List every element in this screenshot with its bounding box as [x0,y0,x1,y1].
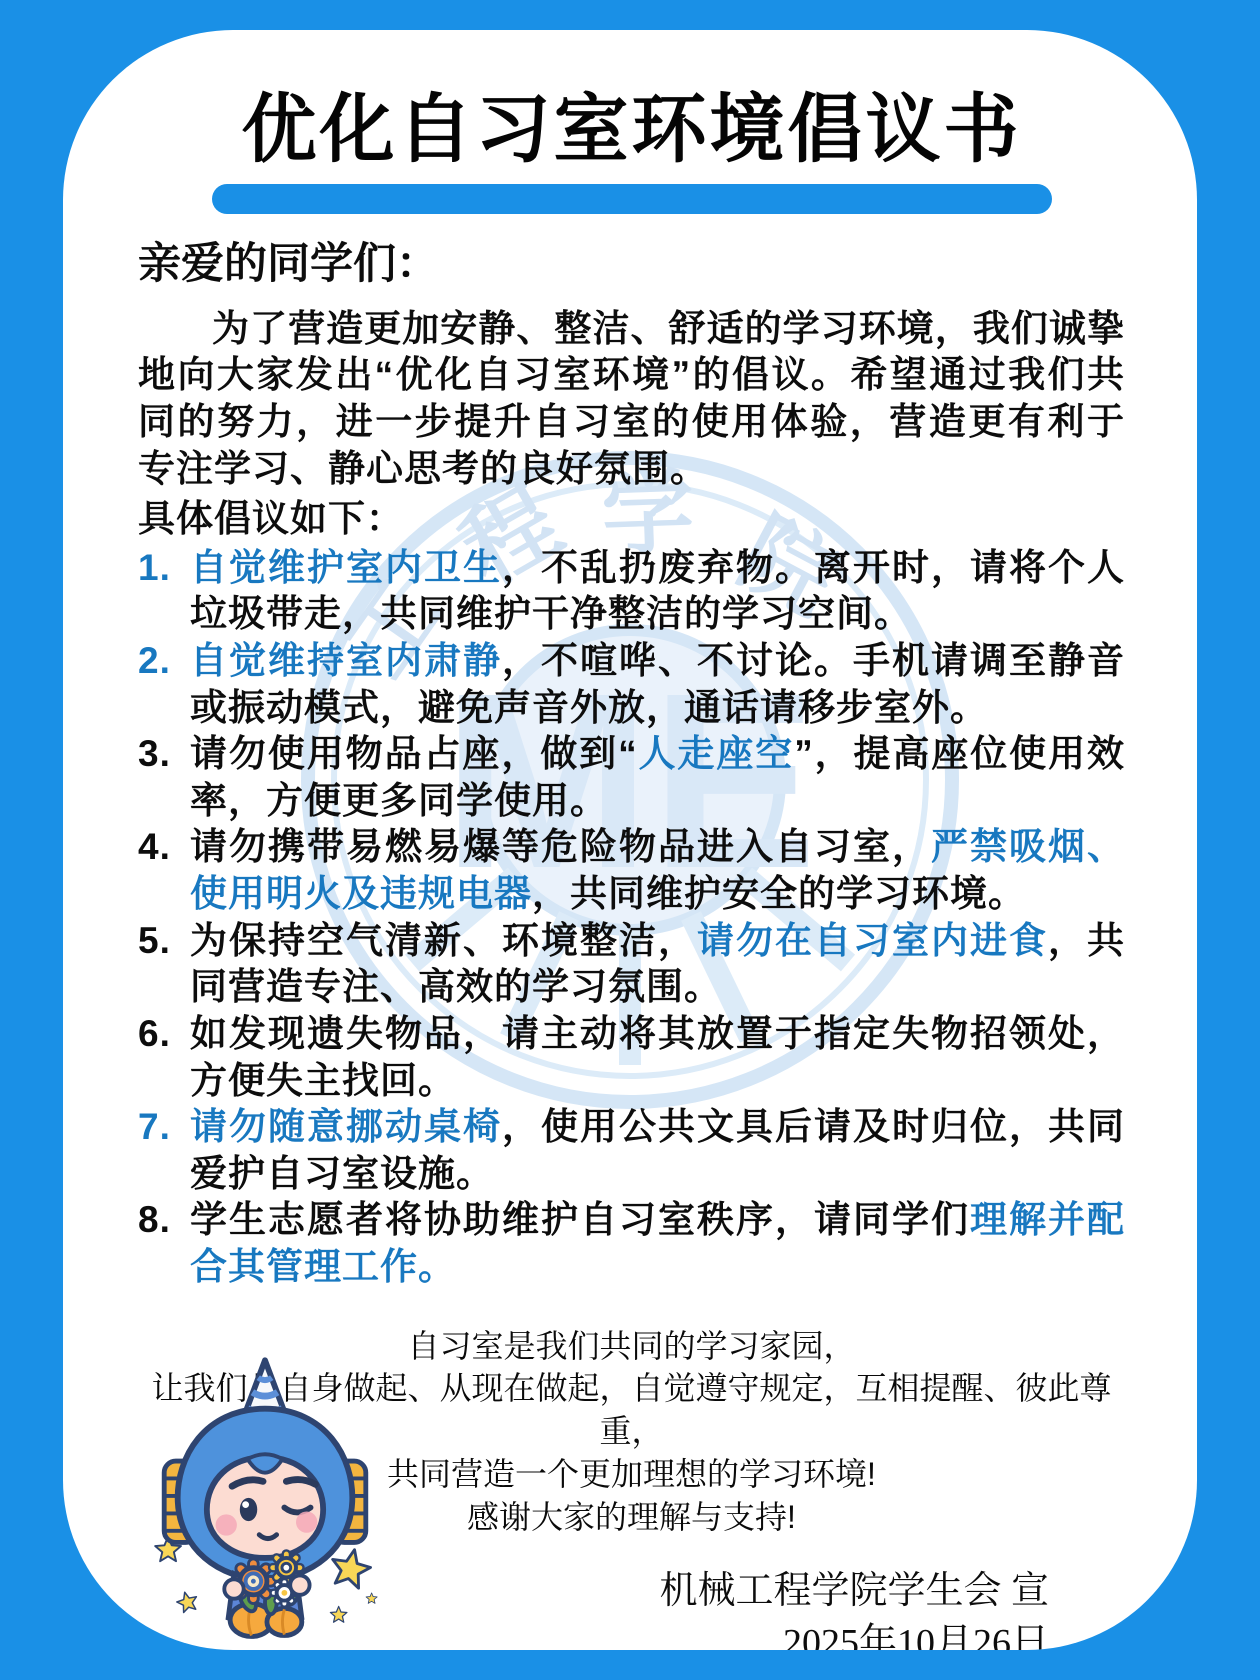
proposal-item: 2.自觉维持室内肃静，不喧哗、不讨论。手机请调至静音或振动模式，避免声音外放，通… [138,638,1125,731]
item-number: 2. [138,638,171,685]
item-number: 6. [138,1011,171,1058]
proposal-item: 7.请勿随意挪动桌椅，使用公共文具后请及时归位，共同爱护自习室设施。 [138,1104,1125,1197]
mascot-icon [139,1344,391,1644]
item-number: 8. [138,1197,171,1244]
list-heading: 具体倡议如下： [138,496,1125,543]
proposal-poster: 工 程 学 院 ME 优化自习室环境倡议书 亲爱的同学们： 为了营造更加安静、整… [0,0,1260,1680]
poster-card: 工 程 学 院 ME 优化自习室环境倡议书 亲爱的同学们： 为了营造更加安静、整… [63,30,1197,1650]
proposal-list: 1.自觉维护室内卫生，不乱扔废弃物。离开时，请将个人垃圾带走，共同维护干净整洁的… [138,545,1125,1291]
item-number: 7. [138,1104,171,1151]
proposal-item: 8.学生志愿者将协助维护自习室秩序，请同学们理解并配合其管理工作。 [138,1197,1125,1290]
item-number: 3. [138,731,171,778]
page-title: 优化自习室环境倡议书 [138,84,1125,174]
proposal-item: 1.自觉维护室内卫生，不乱扔废弃物。离开时，请将个人垃圾带走，共同维护干净整洁的… [138,545,1125,638]
proposal-item: 3.请勿使用物品占座，做到“人走座空”，提高座位使用效率，方便更多同学使用。 [138,731,1125,824]
salutation: 亲爱的同学们： [138,238,1125,292]
item-number: 1. [138,545,171,592]
proposal-item: 6.如发现遗失物品，请主动将其放置于指定失物招领处，方便失主找回。 [138,1011,1125,1104]
open-eye-icon [240,1498,257,1521]
item-number: 5. [138,918,171,965]
proposal-item: 5.为保持空气清新、环境整洁，请勿在自习室内进食，共同营造专注、高效的学习氛围。 [138,918,1125,1011]
title-underline-bar [212,184,1052,214]
intro-paragraph: 为了营造更加安静、整洁、舒适的学习环境，我们诚挚地向大家发出“优化自习室环境”的… [138,306,1125,492]
item-number: 4. [138,824,171,871]
proposal-item: 4.请勿携带易燃易爆等危险物品进入自习室，严禁吸烟、使用明火及违规电器，共同维护… [138,824,1125,917]
